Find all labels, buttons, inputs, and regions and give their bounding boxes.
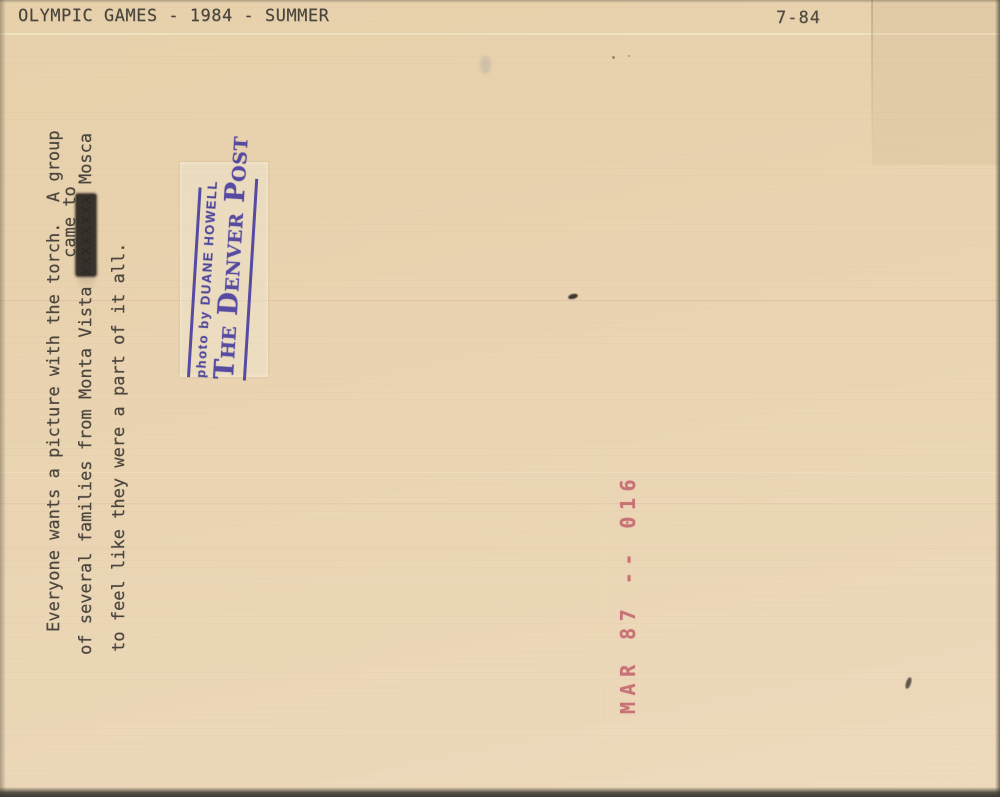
paper-crease-line — [0, 33, 1000, 35]
paper-band — [0, 472, 1000, 473]
paper-band — [0, 503, 1000, 504]
scan-edge-bottom — [0, 787, 1000, 797]
paper-fiber-line — [600, 440, 601, 740]
ink-speck — [568, 293, 579, 300]
paper-band — [0, 300, 1000, 301]
ink-speck — [612, 56, 615, 59]
paper-band — [0, 581, 1000, 582]
scan-edge-left — [0, 0, 6, 797]
caption-correction-insert: came to — [60, 186, 80, 258]
scan-edge-right — [995, 0, 1000, 797]
page-title: OLYMPIC GAMES - 1984 - SUMMER — [18, 6, 329, 26]
ink-speck — [628, 55, 630, 57]
filing-code: 7-84 — [776, 8, 821, 28]
scanline-texture — [0, 0, 1000, 797]
corner-shading — [872, 0, 1000, 165]
caption-line-3: to feel like they were a part of it all. — [109, 243, 129, 652]
paper-fiber-line — [607, 455, 608, 725]
caption-line-2-before: of several families from Monta Vista — [76, 276, 96, 655]
scan-edge-top — [0, 0, 1000, 3]
vertical-crease — [871, 0, 873, 155]
ink-smudge — [480, 56, 491, 74]
paper-band — [0, 548, 1000, 549]
date-stamp: MAR 87 -- 016 — [616, 473, 640, 714]
ink-smudge — [78, 256, 95, 292]
photo-back-paper: OLYMPIC GAMES - 1984 - SUMMER 7-84 Every… — [0, 0, 1000, 797]
ink-speck — [904, 677, 912, 690]
